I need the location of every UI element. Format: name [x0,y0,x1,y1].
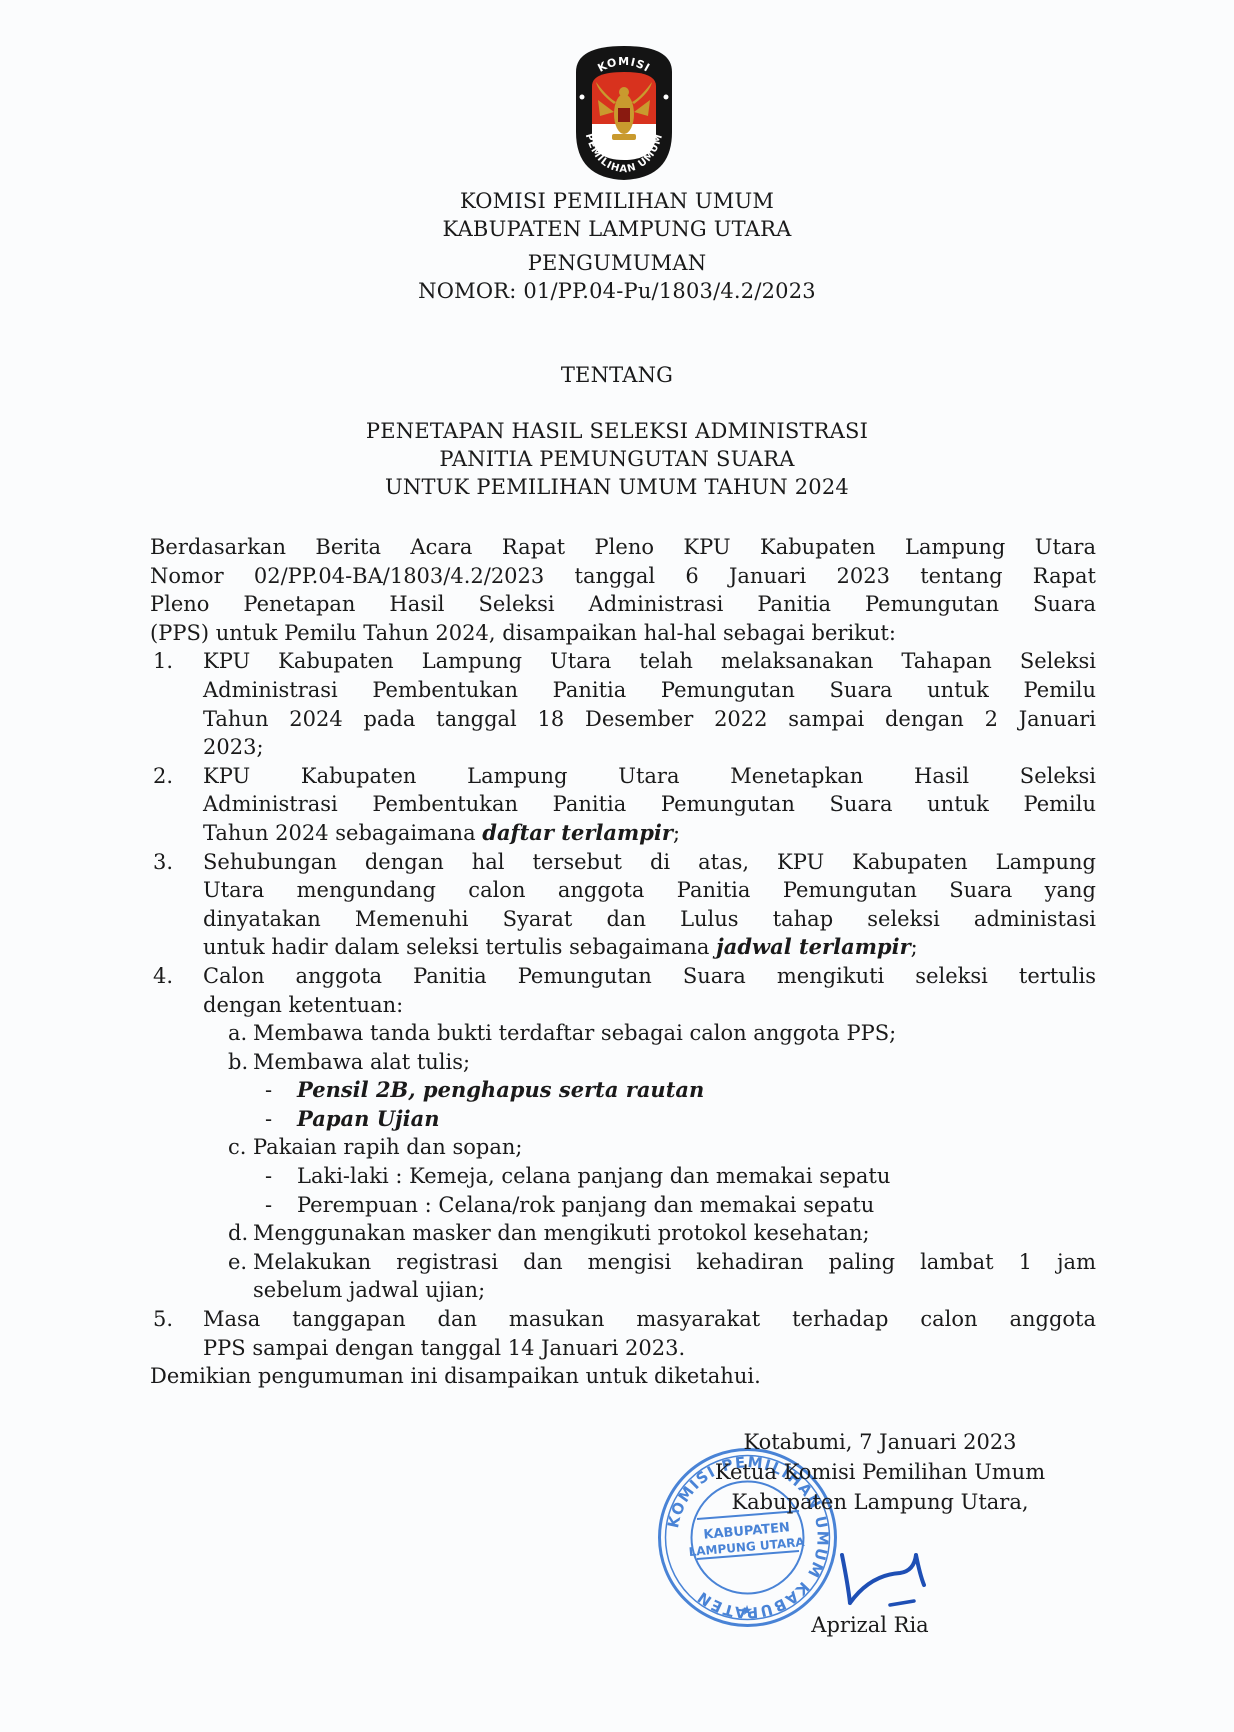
item-line: PPS sampai dengan tanggal 14 Januari 202… [203,1334,1096,1363]
item-text: untuk hadir dalam seleksi tertulis sebag… [203,935,716,959]
item-line: untuk hadir dalam seleksi tertulis sebag… [203,933,1096,962]
item-line: dengan ketentuan: [203,991,1096,1020]
dash-text: Perempuan : Celana/rok panjang dan memak… [297,1191,1096,1220]
sub-text: Melakukan registrasi dan mengisi kehadir… [253,1248,1096,1277]
doc-heading: PENGUMUMAN NOMOR: 01/PP.04-Pu/1803/4.2/2… [0,249,1234,305]
sub-item-e: e. Melakukan registrasi dan mengisi keha… [150,1248,1096,1305]
dash-text: Papan Ujian [297,1105,1096,1134]
place-date: Kotabumi, 7 Januari 2023 [660,1427,1100,1457]
org-name: KOMISI PEMILIHAN UMUM KABUPATEN LAMPUNG … [0,187,1234,243]
list-item-3: 3. Sehubungan dengan hal tersebut di ata… [150,848,1096,962]
dash-item: - Perempuan : Celana/rok panjang dan mem… [150,1191,1096,1220]
closing-statement: Demikian pengumuman ini disampaikan untu… [150,1362,1096,1391]
item-line: Utara mengundang calon anggota Panitia P… [203,876,1096,905]
item-line: Sehubungan dengan hal tersebut di atas, … [203,848,1096,877]
dash-bullet: - [265,1162,272,1191]
subject-line-1: PENETAPAN HASIL SELEKSI ADMINISTRASI [0,417,1234,445]
sub-text: Menggunakan masker dan mengikuti protoko… [253,1219,1096,1248]
subject-line-3: UNTUK PEMILIHAN UMUM TAHUN 2024 [0,473,1234,501]
dash-bullet: - [265,1191,272,1220]
item-text: ; [673,821,680,845]
announcement-body: Berdasarkan Berita Acara Rapat Pleno KPU… [150,533,1096,1391]
item-line: Administrasi Pembentukan Panitia Pemungu… [203,676,1096,705]
sub-letter: e. [228,1248,247,1277]
sub-text: Membawa alat tulis; [253,1048,1096,1077]
org-line-2: KABUPATEN LAMPUNG UTARA [0,215,1234,243]
doc-type: PENGUMUMAN [0,249,1234,277]
org-line-1: KOMISI PEMILIHAN UMUM [0,187,1234,215]
signer-title-2: Kabupaten Lampung Utara, [660,1487,1100,1517]
item-line: Masa tanggapan dan masukan masyarakat te… [203,1305,1096,1334]
sub-item-d: d. Menggunakan masker dan mengikuti prot… [150,1219,1096,1248]
intro-line: Nomor 02/PP.04-BA/1803/4.2/2023 tanggal … [150,562,1096,591]
item-number: 3. [153,848,173,877]
intro-line: Pleno Penetapan Hasil Seleksi Administra… [150,590,1096,619]
sub-item-b: b. Membawa alat tulis; [150,1048,1096,1077]
list-item-5: 5. Masa tanggapan dan masukan masyarakat… [150,1305,1096,1362]
item-number: 1. [153,647,173,676]
item-line: Administrasi Pembentukan Panitia Pemungu… [203,790,1096,819]
sub-item-c: c. Pakaian rapih dan sopan; [150,1133,1096,1162]
sub-letter: a. [228,1019,247,1048]
item-text: Tahun 2024 sebagaimana [203,821,482,845]
intro-line: (PPS) untuk Pemilu Tahun 2024, disampaik… [150,619,1096,648]
signer-name: Aprizal Ria [770,1610,970,1640]
sub-letter: b. [228,1048,248,1077]
emphasis-jadwal-terlampir: jadwal terlampir [716,934,911,959]
intro-paragraph: Berdasarkan Berita Acara Rapat Pleno KPU… [150,533,1096,647]
item-number: 5. [153,1305,173,1334]
item-line: Tahun 2024 sebagaimana daftar terlampir; [203,819,1096,848]
sub-text: Membawa tanda bukti terdaftar sebagai ca… [253,1019,1096,1048]
dash-item: - Papan Ujian [150,1105,1096,1134]
list-item-2: 2. KPU Kabupaten Lampung Utara Menetapka… [150,762,1096,848]
sub-letter: d. [228,1219,248,1248]
dash-text: Laki-laki : Kemeja, celana panjang dan m… [297,1162,1096,1191]
sub-item-a: a. Membawa tanda bukti terdaftar sebagai… [150,1019,1096,1048]
item-line: Tahun 2024 pada tanggal 18 Desember 2022… [203,705,1096,734]
dash-bullet: - [265,1105,272,1134]
kpu-logo: KOMISI PEMILIHAN UMUM [568,42,680,182]
signature-block: Kotabumi, 7 Januari 2023 Ketua Komisi Pe… [660,1427,1100,1517]
doc-number: NOMOR: 01/PP.04-Pu/1803/4.2/2023 [0,277,1234,305]
item-number: 2. [153,762,173,791]
subject: PENETAPAN HASIL SELEKSI ADMINISTRASI PAN… [0,417,1234,501]
intro-line: Berdasarkan Berita Acara Rapat Pleno KPU… [150,533,1096,562]
item-line: 2023; [203,733,1096,762]
about-label: TENTANG [0,361,1234,389]
handwritten-signature [830,1545,950,1620]
dash-text: Pensil 2B, penghapus serta rautan [297,1076,1096,1105]
list-item-1: 1. KPU Kabupaten Lampung Utara telah mel… [150,647,1096,761]
sub-text: sebelum jadwal ujian; [253,1276,1096,1305]
sub-text: Pakaian rapih dan sopan; [253,1133,1096,1162]
item-text: ; [911,935,918,959]
star-icon: ★ [741,1603,754,1619]
item-line: KPU Kabupaten Lampung Utara Menetapkan H… [203,762,1096,791]
dash-item: - Laki-laki : Kemeja, celana panjang dan… [150,1162,1096,1191]
emphasis-daftar-terlampir: daftar terlampir [482,820,673,845]
item-line: Calon anggota Panitia Pemungutan Suara m… [203,962,1096,991]
subject-line-2: PANITIA PEMUNGUTAN SUARA [0,445,1234,473]
sub-letter: c. [228,1133,246,1162]
dash-item: - Pensil 2B, penghapus serta rautan [150,1076,1096,1105]
dash-bullet: - [265,1076,272,1105]
signer-title-1: Ketua Komisi Pemilihan Umum [660,1457,1100,1487]
item-number: 4. [153,962,173,991]
item-line: KPU Kabupaten Lampung Utara telah melaks… [203,647,1096,676]
item-line: dinyatakan Memenuhi Syarat dan Lulus tah… [203,905,1096,934]
list-item-4: 4. Calon anggota Panitia Pemungutan Suar… [150,962,1096,1019]
